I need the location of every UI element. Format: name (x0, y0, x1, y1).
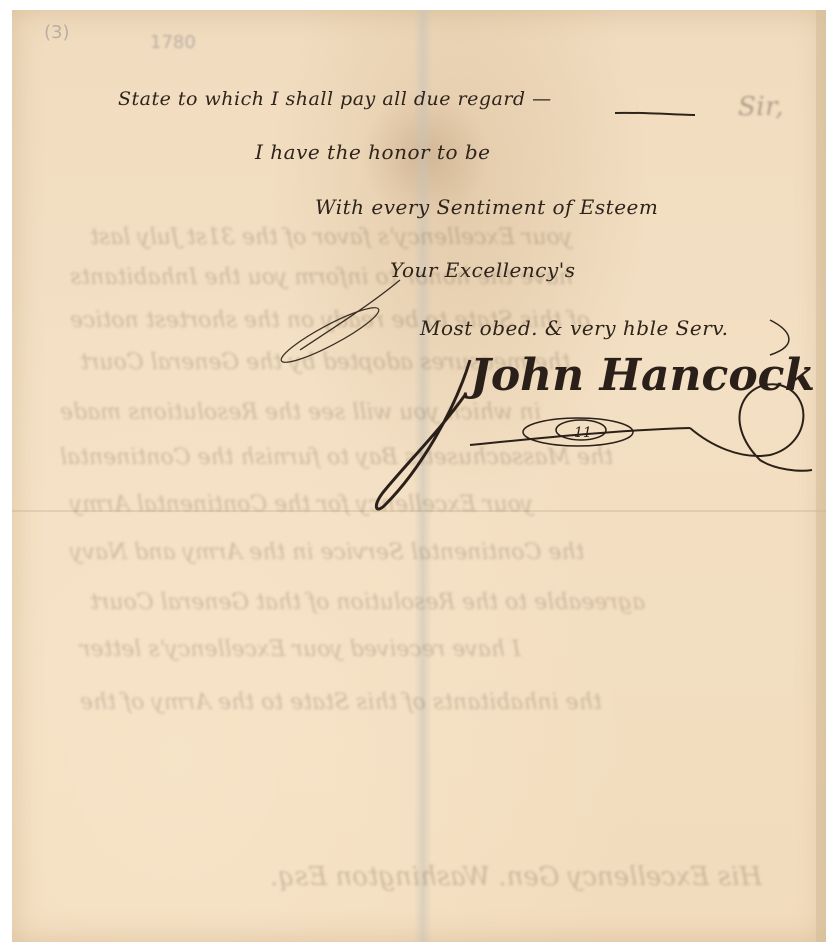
paraph-mark: 11 (574, 425, 592, 441)
signature-flourish: 11 (0, 0, 840, 952)
